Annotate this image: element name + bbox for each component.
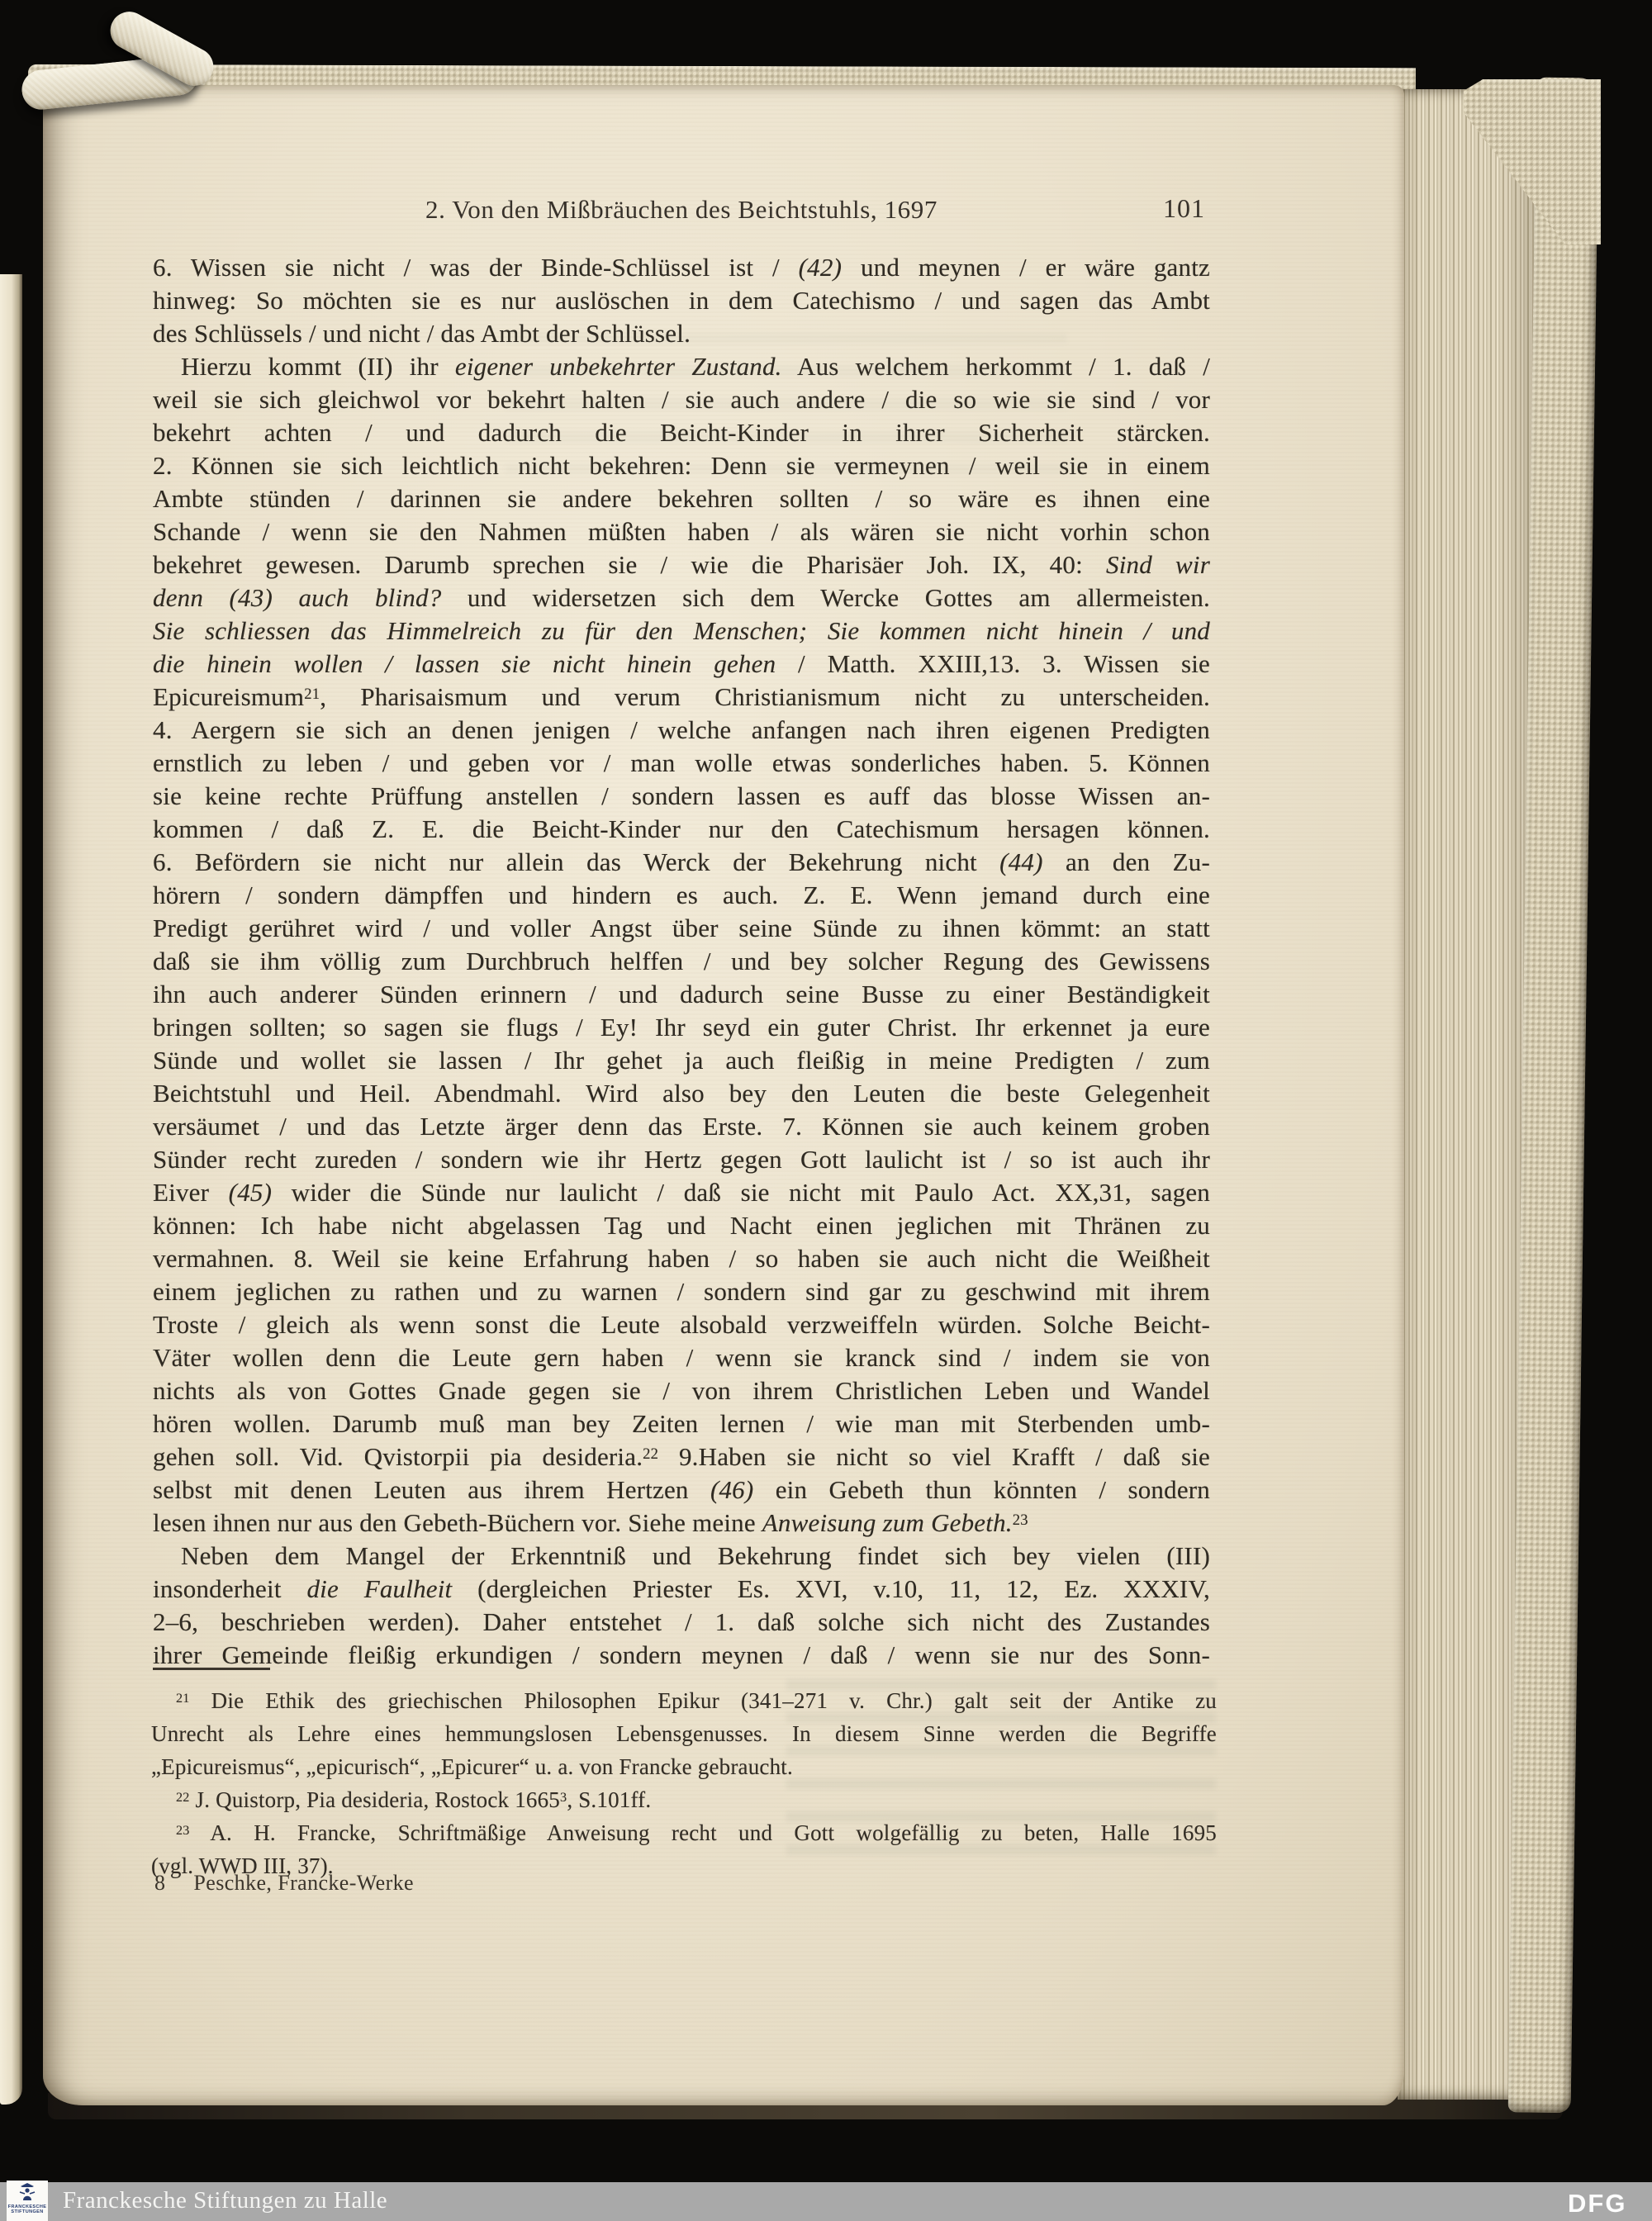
text-line: hörern / sondern dämpffen und hindern es… — [153, 879, 1210, 912]
text-line: Väter wollen denn die Leute gern haben /… — [153, 1341, 1210, 1374]
text-line: denn (43) auch blind? und widersetzen si… — [153, 581, 1210, 615]
text-line: bekehret gewesen. Darumb sprechen sie / … — [153, 548, 1210, 581]
text-line: ihrer Gemeinde fleißig erkundigen / sond… — [153, 1639, 1210, 1672]
text-line: kommen / daß Z. E. die Beicht-Kinder nur… — [153, 813, 1210, 846]
text-line: können: Ich habe nicht abgelassen Tag un… — [153, 1209, 1210, 1242]
dfg-logo: DFG — [1568, 2189, 1626, 2219]
text-line: Troste / gleich als wenn sonst die Leute… — [153, 1308, 1210, 1341]
text-line: vermahnen. 8. Weil sie keine Erfahrung h… — [153, 1242, 1210, 1275]
text-line: 2–6, beschrieben werden). Daher entstehe… — [153, 1606, 1210, 1639]
fs-eagle-emblem-icon — [17, 2182, 37, 2204]
logo-caption: STIFTUNGEN — [7, 2209, 48, 2214]
page-number: 101 — [1163, 193, 1205, 224]
institution-label: Franckesche Stiftungen zu Halle — [63, 2187, 387, 2214]
text-line: Beichtstuhl und Heil. Abendmahl. Wird al… — [153, 1077, 1210, 1110]
text-line: sie keine rechte Prüffung anstellen / so… — [153, 780, 1210, 813]
text-line: die hinein wollen / lassen sie nicht hin… — [153, 648, 1210, 681]
volume-signature: 8Peschke, Francke-Werke — [154, 1871, 414, 1896]
text-line: lesen ihnen nur aus den Gebeth-Büchern v… — [153, 1507, 1210, 1540]
text-line: „Epicureismus“, „epicurisch“, „Epicurer“… — [151, 1750, 1217, 1783]
signature-text: Peschke, Francke-Werke — [193, 1871, 414, 1895]
text-line: Sie schliessen das Himmelreich zu für de… — [153, 615, 1210, 648]
text-line: daß sie ihm völlig zum Durchbruch helffe… — [153, 945, 1210, 978]
text-line: ernstlich zu leben / und geben vor / man… — [153, 747, 1210, 780]
text-line: einem jeglichen zu rathen und zu warnen … — [153, 1275, 1210, 1308]
text-line: hören wollen. Darumb muß man bey Zeiten … — [153, 1407, 1210, 1440]
text-line: bringen sollten; so sagen sie flugs / Ey… — [153, 1011, 1210, 1044]
footnotes: 21 Die Ethik des griechischen Philosophe… — [151, 1684, 1217, 1882]
adjacent-page-sliver — [0, 274, 22, 2105]
text-line: 22 J. Quistorp, Pia desideria, Rostock 1… — [151, 1783, 1217, 1816]
text-line: 4. Aergern sie sich an denen jenigen / w… — [153, 714, 1210, 747]
text-line: Hierzu kommt (II) ihr eigener unbekehrte… — [153, 350, 1210, 383]
text-line: nichts als von Gottes Gnade gegen sie / … — [153, 1374, 1210, 1407]
footnote-separator-rule — [153, 1668, 270, 1670]
franckesche-stiftungen-logo: FRANCKESCHE STIFTUNGEN — [7, 2181, 48, 2221]
text-line: weil sie sich gleichwol vor bekehrt halt… — [153, 383, 1210, 416]
book-page: 2. Von den Mißbräuchen des Beichtstuhls,… — [43, 85, 1404, 2105]
text-line: Sünder recht zureden / sondern wie ihr H… — [153, 1143, 1210, 1176]
text-line: Sünde und wollet sie lassen / Ihr gehet … — [153, 1044, 1210, 1077]
text-line: 2. Können sie sich leichtlich nicht beke… — [153, 449, 1210, 482]
text-line: bekehrt achten / und dadurch die Beicht-… — [153, 416, 1210, 449]
running-header: 2. Von den Mißbräuchen des Beichtstuhls,… — [153, 195, 1210, 231]
text-line: gehen soll. Vid. Qvistorpii pia desideri… — [153, 1440, 1210, 1474]
chapter-title: 2. Von den Mißbräuchen des Beichtstuhls,… — [425, 195, 938, 224]
text-line: Eiver (45) wider die Sünde nur laulicht … — [153, 1176, 1210, 1209]
text-line: hinweg: So möchten sie es nur auslöschen… — [153, 284, 1210, 317]
text-line: Predigt gerühret wird / und voller Angst… — [153, 912, 1210, 945]
text-line: 21 Die Ethik des griechischen Philosophe… — [151, 1684, 1217, 1717]
book-scan-viewer: 2. Von den Mißbräuchen des Beichtstuhls,… — [0, 0, 1652, 2221]
text-line: versäumet / und das Letzte ärger denn da… — [153, 1110, 1210, 1143]
text-line: 6. Befördern sie nicht nur allein das We… — [153, 846, 1210, 879]
text-line: selbst mit denen Leuten aus ihrem Hertze… — [153, 1474, 1210, 1507]
text-line: Neben dem Mangel der Erkenntniß und Beke… — [153, 1540, 1210, 1573]
text-line: Unrecht als Lehre eines hemmungslosen Le… — [151, 1717, 1217, 1750]
body-text: 6. Wissen sie nicht / was der Binde-Schl… — [153, 251, 1210, 1672]
text-line: Epicureismum21, Pharisaismum und verum C… — [153, 681, 1210, 714]
text-line: des Schlüssels / und nicht / das Ambt de… — [153, 317, 1210, 350]
text-line: Schande / wenn sie den Nahmen müßten hab… — [153, 515, 1210, 548]
text-line: Ambte stünden / darinnen sie andere beke… — [153, 482, 1210, 515]
text-line: 6. Wissen sie nicht / was der Binde-Schl… — [153, 251, 1210, 284]
text-line: 23 A. H. Francke, Schriftmäßige Anweisun… — [151, 1816, 1217, 1849]
text-line: ihn auch anderer Sünden erinnern / und d… — [153, 978, 1210, 1011]
text-line: insonderheit die Faulheit (dergleichen P… — [153, 1573, 1210, 1606]
sheet-number: 8 — [154, 1871, 165, 1895]
